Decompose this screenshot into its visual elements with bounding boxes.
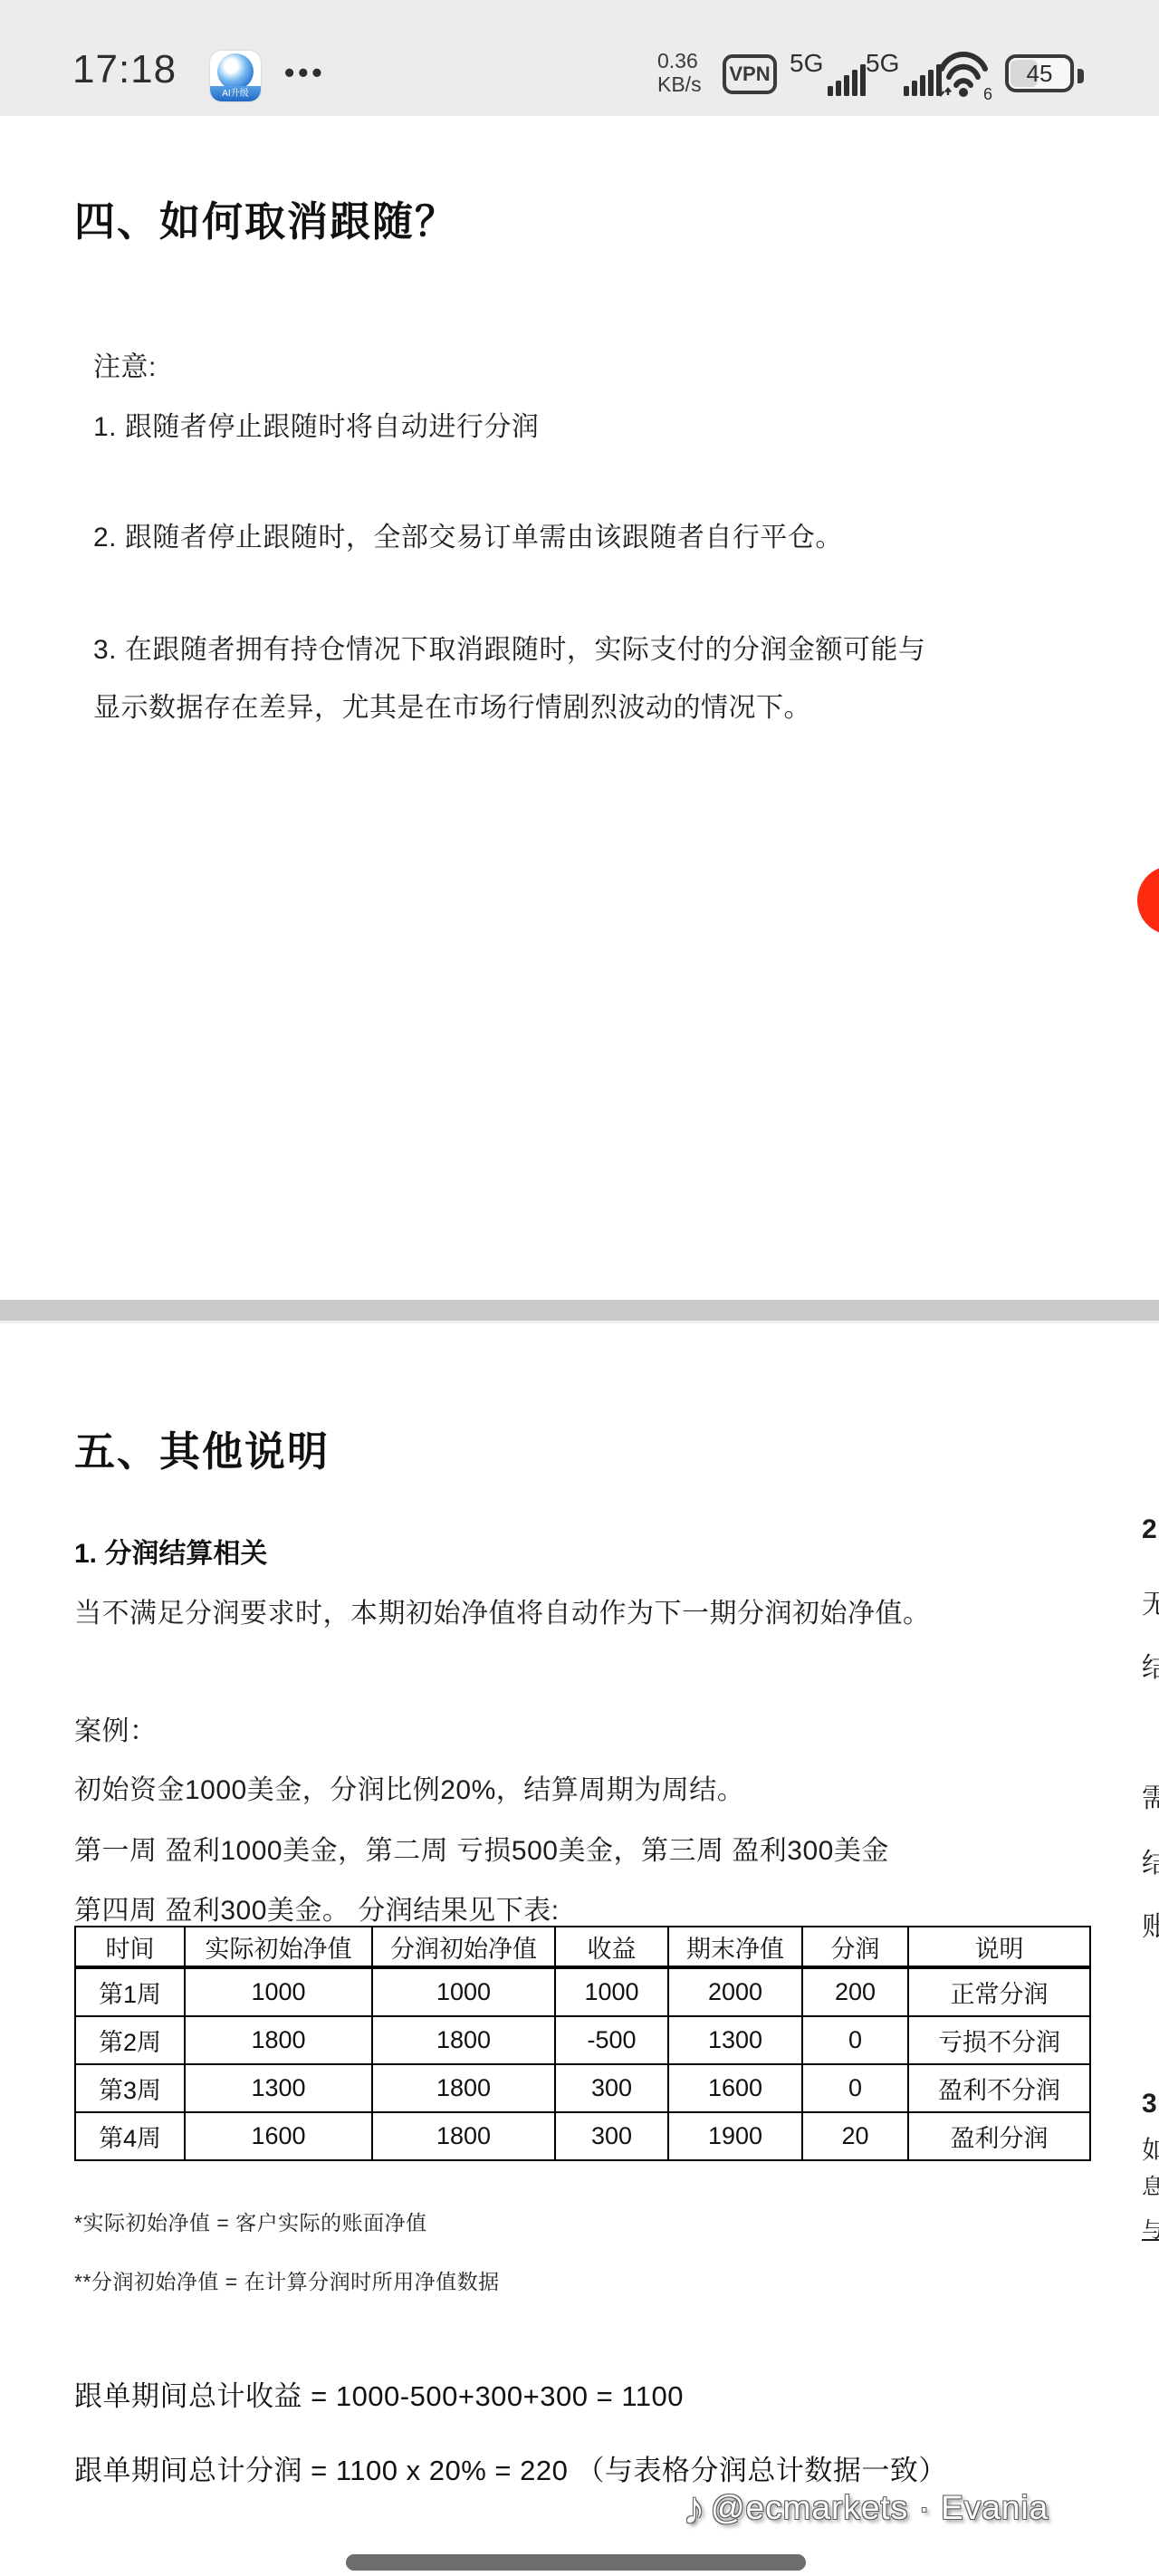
sim1-network-type: 5G (790, 49, 823, 78)
battery-icon: 45 (1005, 54, 1074, 92)
edge-fragment: 需 (1142, 1775, 1159, 1815)
music-note-icon: ♪ (683, 2485, 705, 2531)
cell: 亏损不分润 (908, 2016, 1090, 2064)
subsection1-desc: 当不满足分润要求时，本期初始净值将自动作为下一期分润初始净值。 (74, 1591, 931, 1630)
edge-fragment: 账 (1142, 1904, 1159, 1944)
cell: 0 (802, 2016, 908, 2064)
note-item-3-line2: 显示数据存在差异，尤其是在市场行情剧烈波动的情况下。 (93, 685, 811, 725)
clock: 17:18 (72, 47, 177, 92)
cell: 1800 (372, 2016, 555, 2064)
more-notifications-icon: ••• (284, 56, 326, 90)
cell: 1900 (668, 2112, 802, 2160)
edge-fragment: 3 (1142, 2089, 1157, 2119)
battery-percent: 45 (1009, 58, 1070, 89)
network-speed-value: 0.36 (657, 49, 702, 72)
watermark-handle: @ecmarkets · Evania (711, 2489, 1049, 2527)
col-actual-initial-equity: 实际初始净值 (185, 1927, 372, 1967)
col-return: 收益 (555, 1927, 668, 1967)
case-label: 案例： (74, 1708, 158, 1748)
cell: 2000 (668, 1967, 802, 2016)
edge-fragment: 息 (1142, 2168, 1159, 2200)
total-profitshare-line: 跟单期间总计分润 = 1100 x 20% = 220 （与表格分润总计数据一致… (74, 2447, 947, 2488)
cell: 1000 (372, 1967, 555, 2016)
col-profitshare-initial-equity: 分润初始净值 (372, 1927, 555, 1967)
subsection1-title: 1. 分润结算相关 (74, 1531, 267, 1571)
cell: 1600 (668, 2064, 802, 2112)
footnote-2: **分润初始净值 = 在计算分润时所用净值数据 (74, 2265, 500, 2295)
cell: 正常分润 (908, 1967, 1090, 2016)
table-row: 第1周1000100010002000200正常分润 (75, 1967, 1090, 2016)
cell: 1000 (185, 1967, 372, 2016)
footnote-1: *实际初始净值 = 客户实际的账面净值 (74, 2206, 427, 2236)
edge-fragment: 结 (1142, 1841, 1159, 1880)
table-header-row: 时间 实际初始净值 分润初始净值 收益 期末净值 分润 说明 (75, 1927, 1090, 1967)
cell: 1800 (372, 2064, 555, 2112)
wifi-generation-label: 6 (983, 85, 992, 101)
floating-action-button[interactable] (1137, 866, 1159, 935)
col-time: 时间 (75, 1927, 185, 1967)
col-ending-equity: 期末净值 (668, 1927, 802, 1967)
table-row: 第2周18001800-50013000亏损不分润 (75, 2016, 1090, 2064)
sim1-signal: 5G (790, 47, 867, 101)
cell: 第4周 (75, 2112, 185, 2160)
phone-screen: 17:18 AI升级 ••• 0.36 KB/s VPN 5G 5G (0, 0, 1159, 2576)
watermark: ♪ @ecmarkets · Evania (683, 2485, 1049, 2531)
table-row: 第3周1300180030016000盈利不分润 (75, 2064, 1090, 2112)
cell: 1800 (185, 2016, 372, 2064)
cell: 0 (802, 2064, 908, 2112)
edge-fragment: 如 (1142, 2130, 1159, 2167)
notification-app-icon: AI升级 (210, 51, 261, 101)
section4-title: 四、如何取消跟随？ (74, 188, 457, 247)
network-speed: 0.36 KB/s (657, 49, 702, 96)
section5-title: 五、其他说明 (74, 1418, 330, 1477)
cell: 200 (802, 1967, 908, 2016)
cell: 盈利分润 (908, 2112, 1090, 2160)
profit-table: 时间 实际初始净值 分润初始净值 收益 期末净值 分润 说明 第1周100010… (74, 1926, 1091, 2161)
total-return-line: 跟单期间总计收益 = 1000-500+300+300 = 1100 (74, 2373, 684, 2414)
app-badge-label: AI升级 (210, 86, 261, 101)
cell: 1800 (372, 2112, 555, 2160)
app-logo-globe-icon (217, 53, 254, 90)
cell: 第2周 (75, 2016, 185, 2064)
cell: 20 (802, 2112, 908, 2160)
cell: 第1周 (75, 1967, 185, 2016)
home-indicator[interactable] (346, 2554, 806, 2571)
note-item-3-line1: 3. 在跟随者拥有持仓情况下取消跟随时，实际支付的分润金额可能与 (93, 627, 925, 667)
status-bar: 17:18 AI升级 ••• 0.36 KB/s VPN 5G 5G (0, 0, 1159, 116)
network-speed-unit: KB/s (657, 72, 702, 96)
case-line-2: 第一周 盈利1000美金，第二周 亏损500美金，第三周 盈利300美金 (74, 1828, 889, 1868)
cell: 1600 (185, 2112, 372, 2160)
case-line-3: 第四周 盈利300美金。 分润结果见下表: (74, 1888, 560, 1927)
edge-fragment: 与 (1142, 2212, 1159, 2244)
cell: 1000 (555, 1967, 668, 2016)
cell: 第3周 (75, 2064, 185, 2112)
battery-nub (1078, 69, 1084, 83)
sim2-signal: 5G (866, 47, 943, 101)
edge-fragment: 无 (1142, 1581, 1159, 1621)
cell: 1300 (668, 2016, 802, 2064)
note-item-1: 1. 跟随者停止跟随时将自动进行分润 (93, 404, 539, 444)
note-label: 注意: (93, 344, 157, 384)
case-line-1: 初始资金1000美金，分润比例20%，结算周期为周结。 (74, 1767, 744, 1807)
edge-fragment: 结 (1142, 1645, 1159, 1685)
cell: 1300 (185, 2064, 372, 2112)
cell: 盈利不分润 (908, 2064, 1090, 2112)
sim1-signal-bars-icon (828, 64, 866, 96)
sim2-network-type: 5G (866, 49, 899, 78)
wifi-icon: 6 (936, 49, 998, 101)
cell: 300 (555, 2064, 668, 2112)
table-row: 第4周16001800300190020盈利分润 (75, 2112, 1090, 2160)
edge-fragment: 2 (1142, 1514, 1157, 1545)
cell: 300 (555, 2112, 668, 2160)
col-profit-share: 分润 (802, 1927, 908, 1967)
col-remark: 说明 (908, 1927, 1090, 1967)
vpn-badge-icon: VPN (723, 54, 777, 94)
note-item-2: 2. 跟随者停止跟随时，全部交易订单需由该跟随者自行平仓。 (93, 514, 843, 554)
cell: -500 (555, 2016, 668, 2064)
page-divider (0, 1300, 1159, 1323)
